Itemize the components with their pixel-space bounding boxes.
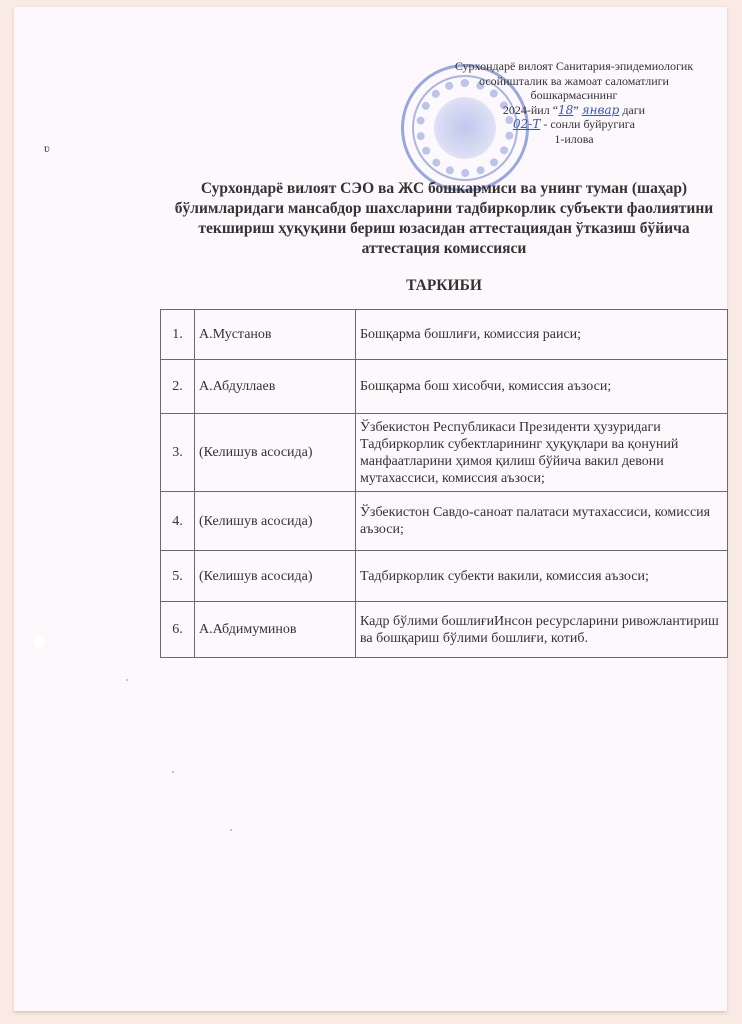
header-order-line: 02-Т - сонли буйругига (444, 117, 704, 132)
member-number: 3. (161, 414, 195, 492)
member-name: А.Абдимуминов (195, 602, 356, 658)
commission-members-table: 1. А.Мустанов Бошқарма бошлиғи, комиссия… (160, 309, 728, 658)
header-line-2: осойишталик ва жамоат саломатлиги (444, 74, 704, 89)
member-number: 2. (161, 360, 195, 414)
header-line-1: Сурхондарё вилоят Санитария-эпидемиологи… (444, 59, 704, 74)
title-line-3: текшириш ҳуқуқини бериш юзасидан аттеста… (164, 219, 724, 239)
member-number: 5. (161, 551, 195, 602)
date-prefix: 2024-йил “ (503, 103, 558, 117)
member-number: 1. (161, 310, 195, 360)
table-row: 4. (Келишув асосида) Ўзбекистон Савдо-са… (161, 492, 728, 551)
table-row: 1. А.Мустанов Бошқарма бошлиғи, комиссия… (161, 310, 728, 360)
date-suffix: даги (622, 103, 645, 117)
member-name: (Келишув асосида) (195, 551, 356, 602)
appendix-label: 1-илова (444, 132, 704, 147)
document-title: Сурхондарё вилоят СЭО ва ЖС бошкармиси в… (164, 179, 724, 259)
member-number: 4. (161, 492, 195, 551)
date-month: январ (582, 103, 620, 117)
member-name: А.Мустанов (195, 310, 356, 360)
order-number: 02-Т (513, 117, 540, 131)
member-role: Тадбиркорлик субекти вакили, комиссия аъ… (356, 551, 728, 602)
title-line-4: аттестация комиссияси (164, 239, 724, 259)
member-role: Бошқарма бошлиғи, комиссия раиси; (356, 310, 728, 360)
table-row: 5. (Келишув асосида) Тадбиркорлик субект… (161, 551, 728, 602)
section-heading: ТАРКИБИ (164, 277, 724, 295)
title-line-1: Сурхондарё вилоят СЭО ва ЖС бошкармиси в… (164, 179, 724, 199)
approval-header: Сурхондарё вилоят Санитария-эпидемиологи… (444, 59, 704, 146)
table-row: 6. А.Абдимуминов Кадр бўлими бошлиғиИнсо… (161, 602, 728, 658)
order-suffix: - сонли буйругига (543, 117, 635, 131)
member-name: (Келишув асосида) (195, 414, 356, 492)
header-date-line: 2024-йил “18” январ даги (444, 103, 704, 118)
scan-speck (126, 679, 128, 681)
date-mid: ” (573, 103, 578, 117)
header-line-3: бошкармасининг (444, 88, 704, 103)
member-name: А.Абдуллаев (195, 360, 356, 414)
member-role: Ўзбекистон Республикаси Президенти ҳузур… (356, 414, 728, 492)
punch-hole (32, 635, 46, 649)
document-page: Сурхондарё вилоят Санитария-эпидемиологи… (14, 6, 727, 1011)
table-row: 2. А.Абдуллаев Бошқарма бош хисобчи, ком… (161, 360, 728, 414)
member-name: (Келишув асосида) (195, 492, 356, 551)
scan-speck (230, 829, 232, 831)
margin-mark: ʋ (44, 141, 50, 156)
date-day: 18 (558, 103, 573, 117)
table-row: 3. (Келишув асосида) Ўзбекистон Республи… (161, 414, 728, 492)
scan-speck (172, 771, 174, 773)
title-line-2: бўлимларидаги мансабдор шахсларини тадби… (164, 199, 724, 219)
member-role: Кадр бўлими бошлиғиИнсон ресурсларини ри… (356, 602, 728, 658)
member-number: 6. (161, 602, 195, 658)
member-role: Бошқарма бош хисобчи, комиссия аъзоси; (356, 360, 728, 414)
member-role: Ўзбекистон Савдо-саноат палатаси мутахас… (356, 492, 728, 551)
